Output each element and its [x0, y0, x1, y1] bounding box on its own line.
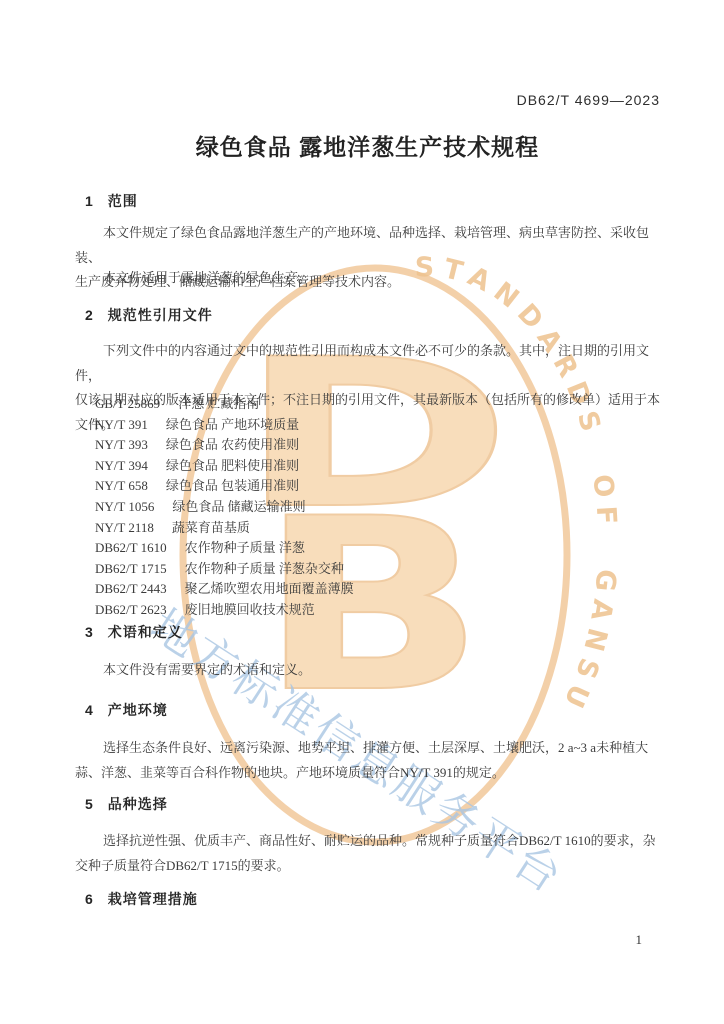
reference-code: DB62/T 2443 [95, 579, 167, 600]
reference-title: 农作物种子质量 洋葱 [185, 538, 305, 559]
list-item: NY/T 1056 绿色食品 储藏运输准则 [95, 497, 660, 518]
section-number: 5 [85, 796, 93, 812]
section-number: 1 [85, 193, 93, 209]
reference-title: 绿色食品 农药使用准则 [166, 435, 299, 456]
reference-code: NY/T 658 [95, 476, 148, 497]
reference-code: GB/T 25869 [95, 394, 160, 415]
reference-title: 绿色食品 储藏运输准则 [172, 497, 305, 518]
section-title: 栽培管理措施 [108, 889, 198, 909]
section-heading-2: 2 规范性引用文件 [75, 305, 660, 325]
reference-code: DB62/T 1610 [95, 538, 167, 559]
list-item: NY/T 391 绿色食品 产地环境质量 [95, 415, 660, 436]
list-item: GB/T 25869 洋葱 贮藏指南 [95, 394, 660, 415]
section-title: 范围 [108, 191, 138, 211]
list-item: NY/T 2118 蔬菜育苗基质 [95, 518, 660, 539]
paragraph: 选择生态条件良好、远离污染源、地势平坦、排灌方便、土层深厚、土壤肥沃，2 a~3… [75, 736, 660, 785]
section-heading-4: 4 产地环境 [75, 700, 660, 720]
reference-title: 绿色食品 包装通用准则 [166, 476, 299, 497]
reference-title: 废旧地膜回收技术规范 [185, 600, 315, 621]
normative-references-list: GB/T 25869 洋葱 贮藏指南 NY/T 391 绿色食品 产地环境质量 … [75, 394, 660, 621]
reference-title: 蔬菜育苗基质 [172, 518, 250, 539]
reference-code: NY/T 1056 [95, 497, 154, 518]
section-heading-1: 1 范围 [75, 191, 660, 211]
reference-code: NY/T 393 [95, 435, 148, 456]
list-item: DB62/T 1715 农作物种子质量 洋葱杂交种 [95, 559, 660, 580]
section-number: 2 [85, 307, 93, 323]
standard-number-header: DB62/T 4699—2023 [75, 92, 660, 108]
reference-code: NY/T 394 [95, 456, 148, 477]
list-item: NY/T 393 绿色食品 农药使用准则 [95, 435, 660, 456]
list-item: DB62/T 2443 聚乙烯吹塑农用地面覆盖薄膜 [95, 579, 660, 600]
document-title: 绿色食品 露地洋葱生产技术规程 [75, 129, 660, 162]
reference-title: 绿色食品 肥料使用准则 [166, 456, 299, 477]
section-title: 产地环境 [108, 700, 168, 720]
paragraph: 本文件适用于露地洋葱的绿色生产。 [75, 266, 660, 291]
section-title: 规范性引用文件 [108, 305, 213, 325]
paragraph: 选择抗逆性强、优质丰产、商品性好、耐贮运的品种。常规种子质量符合DB62/T 1… [75, 829, 660, 878]
reference-code: DB62/T 1715 [95, 559, 167, 580]
section-heading-3: 3 术语和定义 [75, 622, 660, 642]
reference-title: 农作物种子质量 洋葱杂交种 [185, 559, 344, 580]
section-title: 品种选择 [108, 794, 168, 814]
list-item: NY/T 394 绿色食品 肥料使用准则 [95, 456, 660, 477]
section-title: 术语和定义 [108, 622, 183, 642]
list-item: NY/T 658 绿色食品 包装通用准则 [95, 476, 660, 497]
list-item: DB62/T 2623 废旧地膜回收技术规范 [95, 600, 660, 621]
reference-code: NY/T 2118 [95, 518, 154, 539]
section-number: 6 [85, 891, 93, 907]
page-number: 1 [636, 932, 643, 948]
reference-code: DB62/T 2623 [95, 600, 167, 621]
list-item: DB62/T 1610 农作物种子质量 洋葱 [95, 538, 660, 559]
section-heading-6: 6 栽培管理措施 [75, 889, 660, 909]
reference-title: 绿色食品 产地环境质量 [166, 415, 299, 436]
reference-title: 洋葱 贮藏指南 [178, 394, 259, 415]
document-page: D B STANDARDS OF GANSU 地方标准信息服务平台 DB62/T… [0, 0, 724, 1024]
reference-title: 聚乙烯吹塑农用地面覆盖薄膜 [185, 579, 354, 600]
paragraph: 本文件没有需要界定的术语和定义。 [75, 658, 660, 683]
section-heading-5: 5 品种选择 [75, 794, 660, 814]
reference-code: NY/T 391 [95, 415, 148, 436]
section-number: 3 [85, 624, 93, 640]
section-number: 4 [85, 702, 93, 718]
